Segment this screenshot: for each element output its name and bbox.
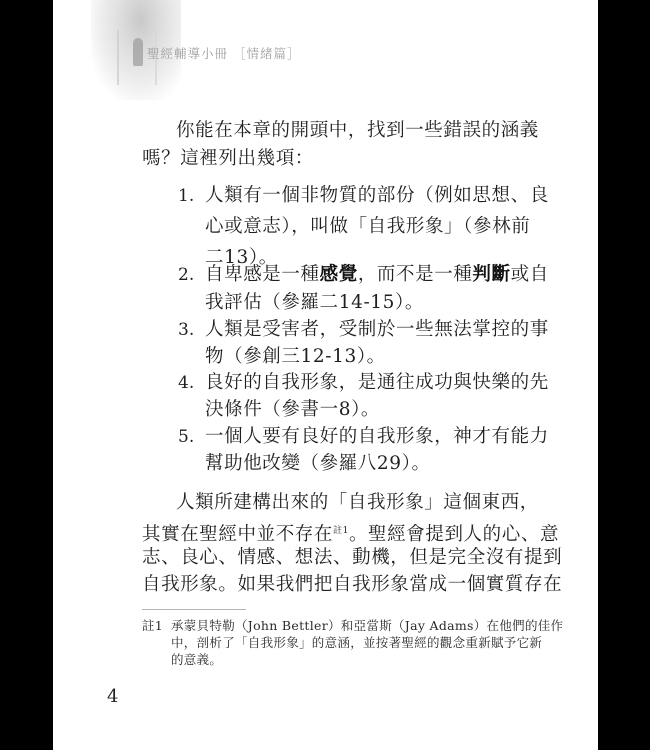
emphasis-judgment: 判斷 [472, 264, 510, 285]
list-item-number: 1. [178, 185, 194, 207]
list-item-1-line-1: 人類有一個非物質的部份（例如思想、良 [205, 185, 549, 207]
text: 自卑感是一種 [205, 264, 320, 285]
list-item-2-line-2: 我評估（參羅二14-15）。 [205, 292, 424, 314]
text: ，而不是一種 [358, 264, 473, 285]
list-item-number: 2. [178, 264, 194, 286]
list-item-1-line-2: 心或意志），叫做「自我形象」（參林前 [205, 216, 530, 238]
intro-line-2: 嗎？這裡列出幾項： [142, 148, 314, 170]
body-line-3: 志、良心、情感、想法、動機，但是完全沒有提到 [142, 547, 562, 569]
body-line-4: 自我形象。如果我們把自我形象當成一個實質存在 [142, 574, 562, 596]
list-item-number: 3. [178, 319, 194, 341]
book-page: 聖經輔導小冊 ［情緒篇］ 你能在本章的開頭中，找到一些錯誤的涵義 嗎？這裡列出幾… [53, 0, 598, 750]
list-item-number: 5. [178, 426, 194, 448]
list-item-3-line-2: 物（參創三12-13）。 [205, 346, 386, 368]
walking-figure-image [133, 38, 143, 66]
footnote-divider [142, 609, 246, 610]
list-item-4-line-2: 決條件（參書一8）。 [205, 399, 380, 421]
list-item-3-line-1: 人類是受害者，受制於一些無法掌控的事 [205, 319, 549, 341]
footnote-label: 註1 [142, 618, 163, 634]
list-item-5-line-1: 一個人要有良好的自我形象，神才有能力 [205, 426, 549, 448]
text: 。聖經會提到人的心、意 [349, 524, 559, 545]
list-item-5-line-2: 幫助他改變（參羅八29）。 [205, 453, 431, 475]
list-item-number: 4. [178, 372, 194, 394]
body-line-2: 其實在聖經中並不存在註1。聖經會提到人的心、意 [142, 520, 559, 546]
footnote-line-3: 的意義。 [171, 652, 222, 668]
text: 其實在聖經中並不存在 [142, 524, 333, 545]
list-item-4-line-1: 良好的自我形象，是通往成功與快樂的先 [205, 372, 549, 394]
footnote-line-2: 中，剖析了「自我形象」的意涵，並按著聖經的觀念重新賦予它新 [171, 635, 542, 651]
body-line-1: 人類所建構出來的「自我形象」這個東西， [176, 492, 539, 514]
intro-line-1: 你能在本章的開頭中，找到一些錯誤的涵義 [176, 120, 539, 142]
running-head: 聖經輔導小冊 ［情緒篇］ [147, 44, 300, 62]
page-number: 4 [107, 686, 118, 707]
text: 或自 [511, 264, 549, 285]
list-item-2-line-1: 自卑感是一種感覺，而不是一種判斷或自 [205, 264, 549, 286]
footnote-reference[interactable]: 註1 [333, 526, 349, 536]
footnote-line-1: 承蒙貝特勒（John Bettler）和亞當斯（Jay Adams）在他們的佳作 [171, 618, 563, 634]
emphasis-feeling: 感覺 [320, 264, 358, 285]
